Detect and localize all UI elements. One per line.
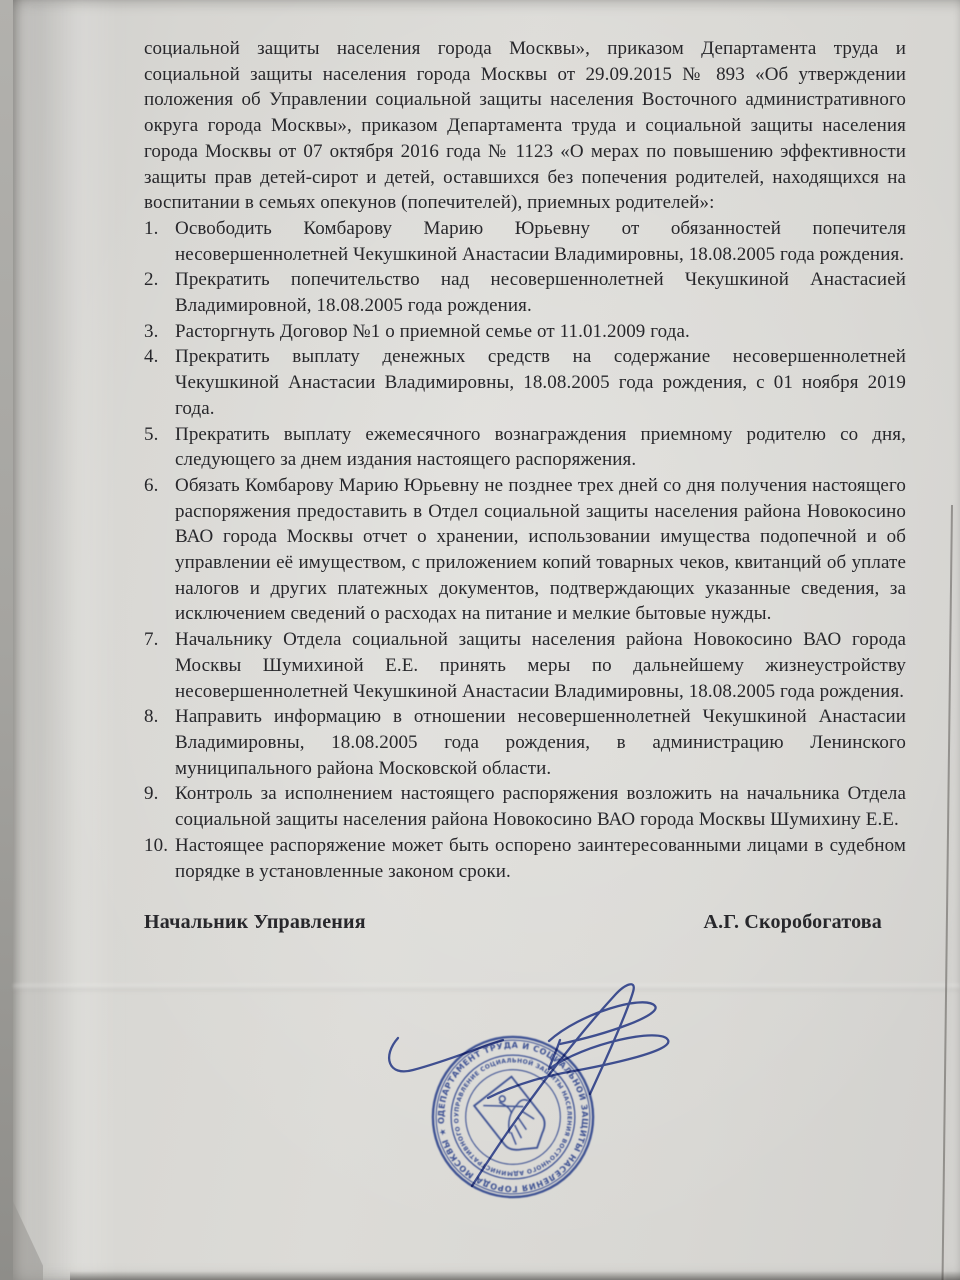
intro-paragraph: социальной защиты населения города Москв… (144, 36, 906, 216)
list-item: 4.Прекратить выплату денежных средств на… (144, 344, 906, 421)
paper-bottom-shadow (70, 1271, 960, 1280)
list-item: 5.Прекратить выплату ежемесячного вознаг… (144, 422, 906, 473)
item-number: 10. (144, 833, 175, 884)
item-text: Расторгнуть Договор №1 о приемной семье … (175, 319, 906, 345)
paper-corner-fold (13, 1200, 43, 1280)
signer-title: Начальник Управления (144, 910, 366, 936)
list-item: 9.Контроль за исполнением настоящего рас… (144, 781, 906, 832)
list-item: 6.Обязать Комбарову Марию Юрьевну не поз… (144, 473, 906, 627)
item-number: 8. (144, 704, 175, 781)
list-item: 10.Настоящее распоряжение может быть осп… (144, 833, 906, 884)
signature-block: Начальник Управления А.Г. Скоробогатова (144, 910, 906, 936)
item-number: 6. (144, 473, 175, 627)
list-item: 2.Прекратить попечительство над несоверш… (144, 267, 906, 318)
item-number: 4. (144, 344, 175, 421)
item-text: Прекратить выплату ежемесячного вознагра… (175, 422, 906, 473)
item-text: Прекратить выплату денежных средств на с… (175, 344, 906, 421)
list-item: 7.Начальнику Отдела социальной защиты на… (144, 627, 906, 704)
item-number: 1. (144, 216, 175, 267)
list-item: 8.Направить информацию в отношении несов… (144, 704, 906, 781)
item-text: Направить информацию в отношении несовер… (175, 704, 906, 781)
item-text: Настоящее распоряжение может быть оспоре… (175, 833, 906, 884)
signer-name: А.Г. Скоробогатова (703, 910, 906, 936)
item-text: Обязать Комбарову Марию Юрьевну не поздн… (175, 473, 906, 627)
item-text: Контроль за исполнением настоящего распо… (175, 781, 906, 832)
ordered-list: 1.Освободить Комбарову Марию Юрьевну от … (144, 216, 906, 884)
signature-icon (380, 975, 700, 1210)
item-text: Начальнику Отдела социальной защиты насе… (175, 627, 906, 704)
photo-of-document: { "page": { "paper_color": "#dcdbd7", "b… (0, 0, 960, 1280)
item-text: Прекратить попечительство над несовершен… (175, 267, 906, 318)
item-number: 5. (144, 422, 175, 473)
list-item: 3.Расторгнуть Договор №1 о приемной семь… (144, 319, 906, 345)
document-body: социальной защиты населения города Москв… (144, 36, 906, 936)
item-number: 3. (144, 319, 175, 345)
item-number: 7. (144, 627, 175, 704)
paper-sheen (28, 0, 118, 1280)
handwritten-signature (380, 975, 700, 1210)
item-text: Освободить Комбарову Марию Юрьевну от об… (175, 216, 906, 267)
item-number: 9. (144, 781, 175, 832)
item-number: 2. (144, 267, 175, 318)
list-item: 1.Освободить Комбарову Марию Юрьевну от … (144, 216, 906, 267)
